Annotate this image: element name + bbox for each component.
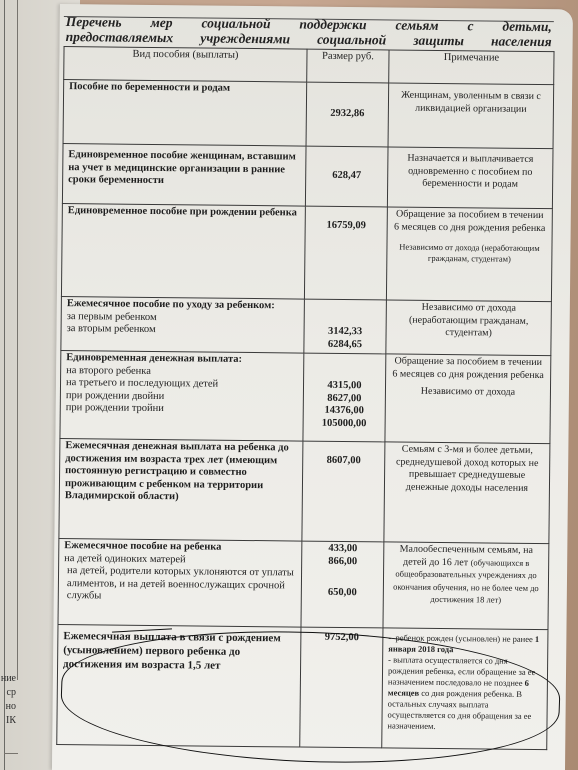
benefit-type: Ежемесячная денежная выплата на ребенка …	[59, 439, 303, 542]
benefit-type: Единовременное пособие женщинам, вставши…	[62, 144, 306, 207]
benefit-amount: 8607,00	[302, 441, 385, 542]
table-row: Единовременное пособие женщинам, вставши…	[62, 144, 553, 209]
document-sheet: Перечень мер социальной поддержки семьям…	[52, 4, 573, 770]
column-header-type: Вид пособия (выплаты)	[64, 47, 307, 83]
table-row: Ежемесячное пособие на ребенка на детей …	[58, 539, 549, 630]
benefits-table: Вид пособия (выплаты) Размер руб. Примеч…	[56, 46, 554, 750]
benefit-amount: 433,00 866,00 650,00	[301, 541, 384, 628]
table-row: Ежемесячная выплата в связи с рождением …	[57, 625, 548, 750]
benefit-note: Назначается и выплачивается одновременно…	[387, 147, 553, 209]
benefit-note: Обращение за пособием в течении 6 месяце…	[385, 354, 551, 444]
benefit-type: Единовременное пособие при рождении ребе…	[61, 204, 305, 300]
benefit-type: Ежемесячное пособие по уходу за ребенком…	[61, 297, 305, 354]
table-row: Ежемесячная денежная выплата на ребенка …	[59, 439, 550, 544]
table-row: Ежемесячное пособие по уходу за ребенком…	[61, 297, 552, 356]
benefit-amount: 4315,00 8627,00 14376,00 105000,00	[303, 353, 386, 442]
table-row: Единовременная денежная выплата: на втор…	[60, 351, 551, 444]
table-border-line	[4, 753, 18, 754]
column-header-note: Примечание	[389, 50, 554, 85]
table-border-line	[4, 0, 5, 770]
benefit-amount: 9752,00	[300, 627, 383, 748]
benefit-note: - ребенок рожден (усыновлен) не ранее 1 …	[382, 628, 548, 750]
benefit-note: Малообеспеченным семьям, на детей до 16 …	[383, 542, 549, 630]
benefit-amount: 3142,33 6284,65	[304, 299, 387, 354]
benefit-type: Пособие по беременности и родам	[63, 80, 307, 147]
benefit-note: Обращение за пособием в течении 6 месяце…	[386, 207, 552, 302]
benefit-type: Ежемесячная выплата в связи с рождением …	[57, 625, 301, 748]
benefit-note: Независимо от дохода (неработающим гражд…	[386, 300, 552, 356]
document-title: Перечень мер социальной поддержки семьям…	[66, 14, 552, 49]
note-list-item: - выплата осуществляется со дня рождения…	[387, 654, 542, 733]
table-header-row: Вид пособия (выплаты) Размер руб. Примеч…	[64, 47, 554, 85]
table-row: Пособие по беременности и родам 2932,86 …	[63, 80, 554, 149]
column-header-amount: Размер руб.	[307, 49, 389, 83]
benefit-amount: 628,47	[305, 146, 388, 207]
benefit-type: Единовременная денежная выплата: на втор…	[60, 351, 304, 442]
table-row: Единовременное пособие при рождении ребе…	[61, 204, 552, 302]
benefit-amount: 16759,09	[304, 206, 387, 300]
table-border-line	[17, 0, 18, 680]
benefit-type: Ежемесячное пособие на ребенка на детей …	[58, 539, 302, 628]
benefit-amount: 2932,86	[306, 82, 389, 147]
underlying-sheet-text: ние ср но ІК	[0, 672, 16, 728]
benefit-note: Женщинам, уволенным в связи с ликвидацие…	[388, 83, 554, 149]
note-list-item: - ребенок рожден (усыновлен) не ранее 1 …	[388, 632, 542, 656]
benefit-note: Семьям с 3-мя и более детьми, среднедуше…	[384, 442, 550, 544]
note-list: - ребенок рожден (усыновлен) не ранее 1 …	[387, 632, 542, 733]
